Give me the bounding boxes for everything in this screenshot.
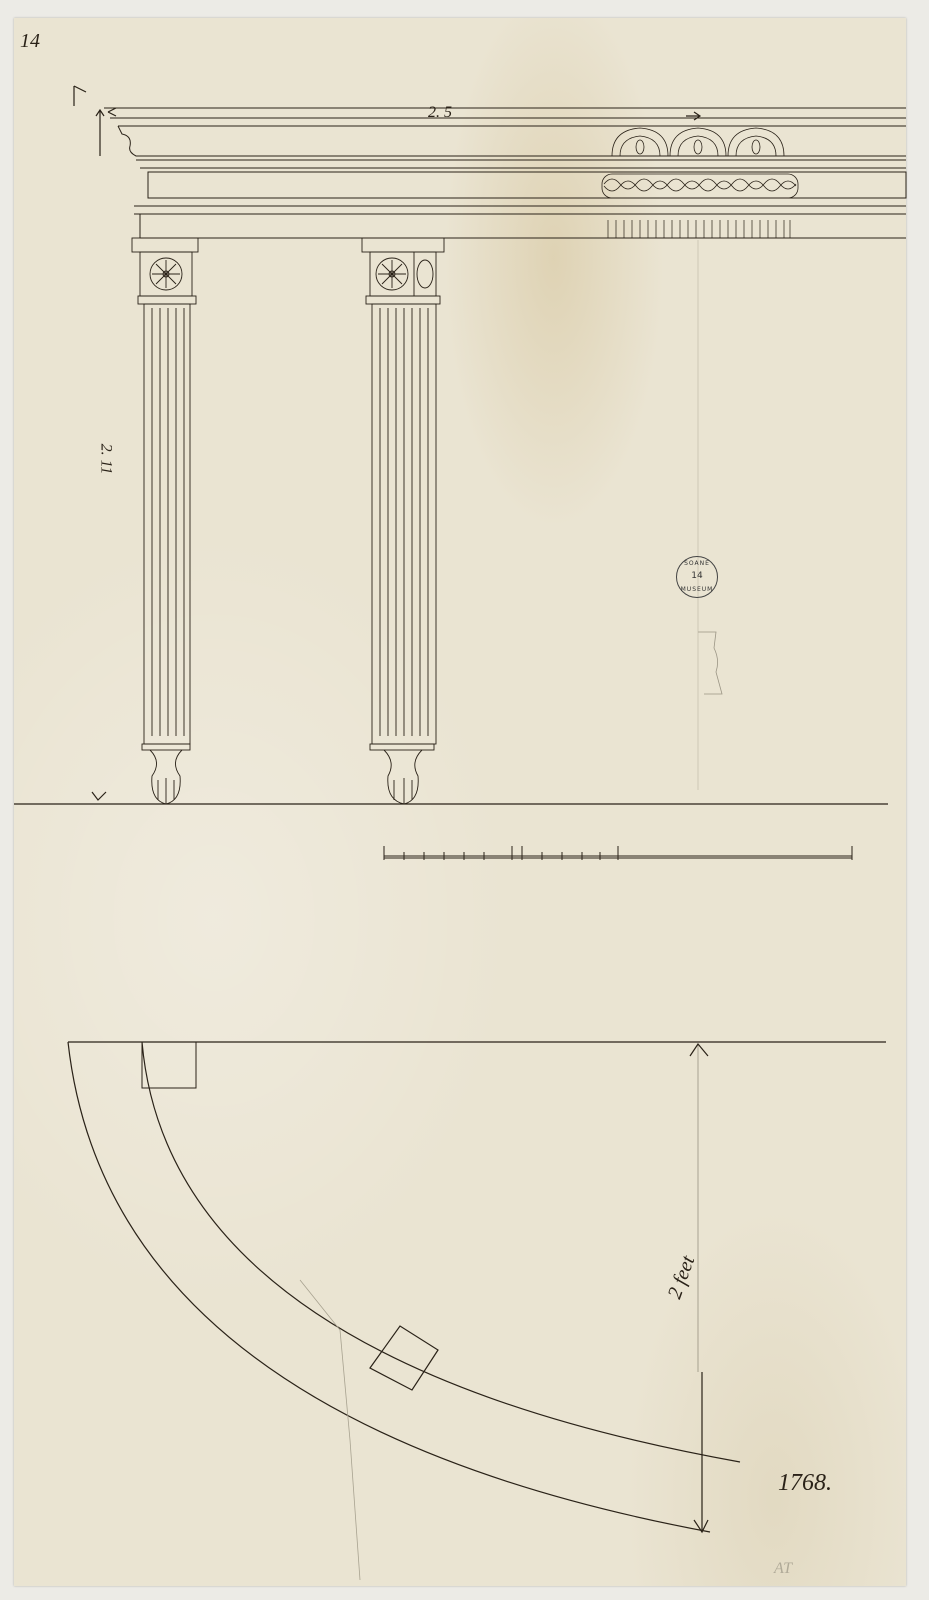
entablature xyxy=(104,108,906,238)
table-leg-right xyxy=(362,238,444,804)
stamp-bottom-text: MUSEUM xyxy=(677,587,717,593)
paper-crease xyxy=(300,1280,360,1580)
fluted-frieze xyxy=(608,220,790,238)
stamp-top-text: SOANE xyxy=(677,561,717,567)
sheet-number: 14 xyxy=(20,30,40,53)
depth-dimension-line xyxy=(690,1044,708,1532)
width-dimension-label: 2. 5 xyxy=(428,104,452,122)
table-leg-left xyxy=(132,238,198,804)
scale-bar xyxy=(384,846,852,872)
stamp-number: 14 xyxy=(677,572,717,581)
date-label: 1768. xyxy=(778,1470,832,1497)
soane-museum-stamp: SOANE 14 MUSEUM xyxy=(676,556,718,598)
moulding-profile-sketch xyxy=(698,632,722,694)
guilloche-ornament xyxy=(602,174,798,198)
palmette-ornament xyxy=(612,128,784,156)
table-plan xyxy=(68,1042,886,1532)
height-dimension-label: 2. 11 xyxy=(96,444,114,475)
architectural-drawing xyxy=(0,0,929,1600)
initials-mark: AT xyxy=(774,1560,792,1578)
